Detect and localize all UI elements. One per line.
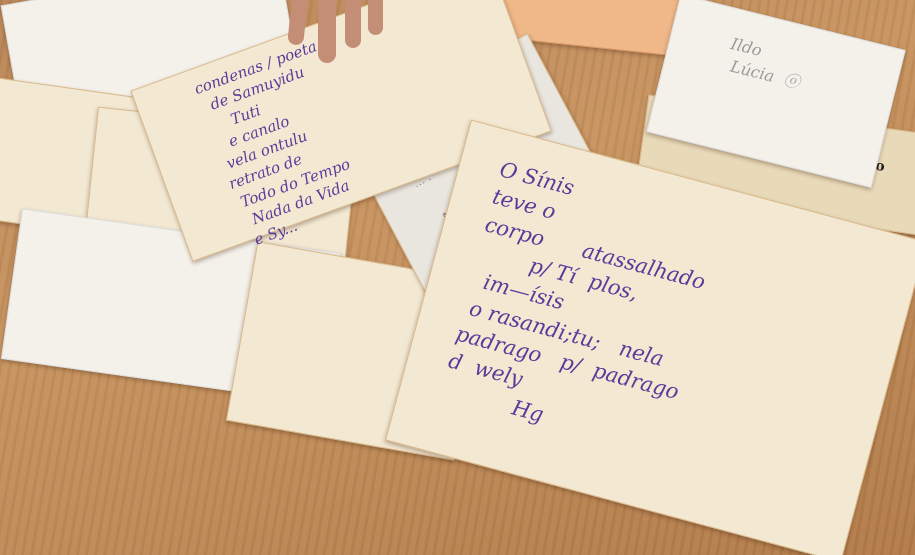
hand-finger: [318, 0, 336, 63]
pencil-note-text: Ildo Lúcia ⓞ: [723, 34, 807, 93]
hand-finger: [368, 0, 383, 35]
manuscript-main-text: O Sínis teve o corpo atassalhado p/ Tí p…: [438, 155, 726, 461]
hand-finger: [345, 0, 361, 48]
